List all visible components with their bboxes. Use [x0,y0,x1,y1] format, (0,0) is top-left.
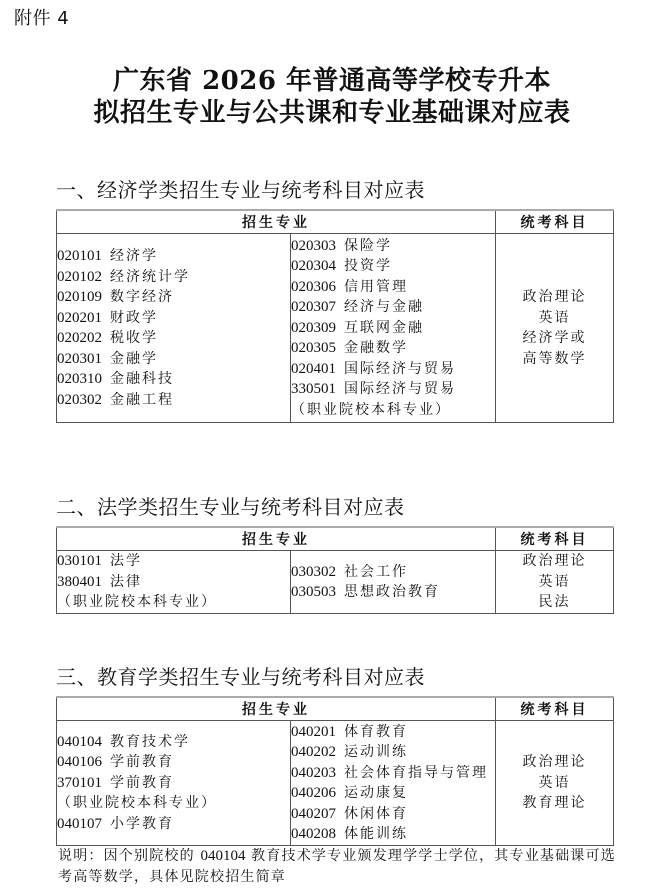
header-subjects: 统考科目 [496,527,614,551]
subject-item: 政治理论 [496,752,613,773]
economics-left-majors: 020101经济学 020102经济统计学 020109数字经济 020201财… [57,234,291,423]
page-title-line-2: 拟招生专业与公共课和专业基础课对应表 [0,96,664,130]
subject-item: 政治理论 [496,551,613,572]
vocational-note: （职业院校本科专业） [57,793,290,814]
law-right-majors: 030302社会工作 030503思想政治教育 [291,551,496,614]
major-item: 040201体育教育 [291,722,495,743]
subject-item: 高等数学 [496,349,613,370]
major-item: 020202税收学 [57,328,290,349]
header-subjects: 统考科目 [496,210,614,234]
economics-table: 招生专业 统考科目 020101经济学 020102经济统计学 020109数字… [56,209,614,423]
major-item: 040202运动训练 [291,742,495,763]
major-item: 020306信用管理 [291,277,495,298]
major-item: 030503思想政治教育 [291,582,495,603]
section-heading-law: 二、法学类招生专业与统考科目对应表 [56,494,405,520]
major-item: 020303保险学 [291,236,495,257]
major-item: 020109数字经济 [57,287,290,308]
major-item: 020301金融学 [57,349,290,370]
header-majors: 招生专业 [57,210,496,234]
major-item: 020309互联网金融 [291,318,495,339]
major-item: 020302金融工程 [57,390,290,411]
law-left-majors: 030101法学 380401法律 （职业院校本科专业） [57,551,291,614]
major-item: 030302社会工作 [291,562,495,583]
education-subjects: 政治理论 英语 教育理论 [496,721,614,846]
major-item: 040206运动康复 [291,783,495,804]
section-heading-education: 三、教育学类招生专业与统考科目对应表 [56,664,425,690]
major-item: 020304投资学 [291,256,495,277]
major-item: 020201财政学 [57,308,290,329]
major-item: 380401法律 [57,572,290,593]
major-item: 370101学前教育 [57,773,290,794]
footnote: 说明：因个别院校的 040104 教育技术学专业颁发理学学士学位，其专业基础课可… [58,846,628,888]
header-subjects: 统考科目 [496,697,614,721]
section-heading-economics: 一、经济学类招生专业与统考科目对应表 [56,177,425,203]
major-item: 020307经济与金融 [291,297,495,318]
major-item: 020101经济学 [57,246,290,267]
page-title-line-1: 广东省 2026 年普通高等学校专升本 [0,64,664,98]
education-right-majors: 040201体育教育 040202运动训练 040203社会体育指导与管理 04… [291,721,496,846]
vocational-note: （职业院校本科专业） [57,592,290,613]
subject-item: 经济学或 [496,328,613,349]
major-item: 040107小学教育 [57,814,290,835]
major-item: 040207休闲体育 [291,804,495,825]
economics-right-majors: 020303保险学 020304投资学 020306信用管理 020307经济与… [291,234,496,423]
major-item: 020102经济统计学 [57,267,290,288]
major-item: 030101法学 [57,551,290,572]
header-majors: 招生专业 [57,527,496,551]
law-table: 招生专业 统考科目 030101法学 380401法律 （职业院校本科专业） 0… [56,526,614,614]
major-item: 020305金融数学 [291,338,495,359]
subject-item: 英语 [496,572,613,593]
major-item: 020310金融科技 [57,369,290,390]
major-item: 330501国际经济与贸易 [291,379,495,400]
attachment-label: 附件 4 [14,4,69,30]
subject-item: 英语 [496,308,613,329]
law-subjects: 政治理论 英语 民法 [496,551,614,614]
education-left-majors: 040104教育技术学 040106学前教育 370101学前教育 （职业院校本… [57,721,291,846]
subject-item: 教育理论 [496,793,613,814]
major-item: 020401国际经济与贸易 [291,359,495,380]
major-item: 040104教育技术学 [57,732,290,753]
vocational-note: （职业院校本科专业） [291,400,495,421]
subject-item: 民法 [496,592,613,613]
major-item: 040106学前教育 [57,752,290,773]
subject-item: 政治理论 [496,287,613,308]
major-item: 040208体能训练 [291,824,495,845]
subject-item: 英语 [496,773,613,794]
education-table: 招生专业 统考科目 040104教育技术学 040106学前教育 370101学… [56,696,614,846]
header-majors: 招生专业 [57,697,496,721]
major-item: 040203社会体育指导与管理 [291,763,495,784]
economics-subjects: 政治理论 英语 经济学或 高等数学 [496,234,614,423]
